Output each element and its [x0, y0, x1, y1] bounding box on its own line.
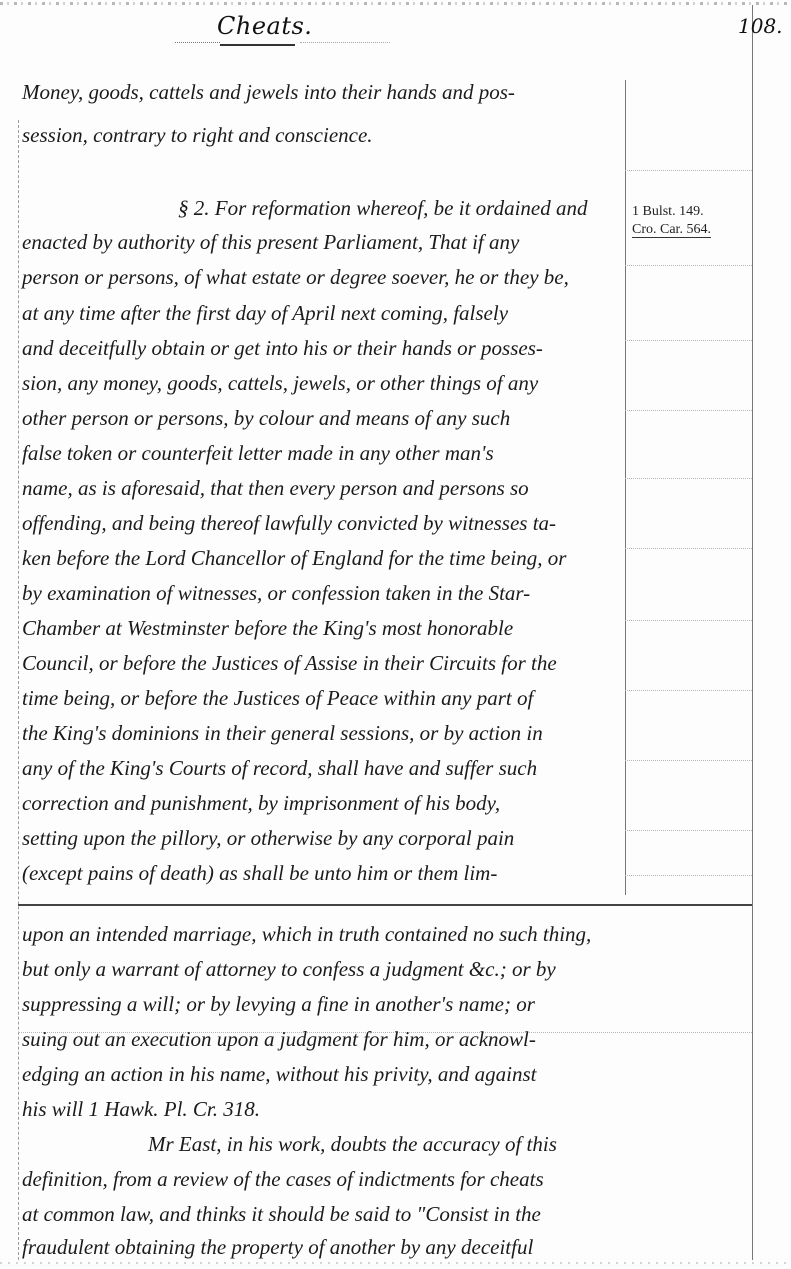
- margin-rule: [625, 760, 752, 761]
- margin-citation: Cro. Car. 564.: [632, 222, 711, 238]
- text-line: his will 1 Hawk. Pl. Cr. 318.: [22, 1097, 260, 1121]
- text-line: by examination of witnesses, or confessi…: [22, 581, 530, 605]
- margin-rule: [625, 340, 752, 341]
- header-rule: [300, 42, 390, 43]
- text-line: ken before the Lord Chancellor of Englan…: [22, 546, 566, 570]
- text-line: definition, from a review of the cases o…: [22, 1167, 544, 1191]
- page-number: 108.: [738, 14, 783, 38]
- section-divider: [18, 904, 752, 906]
- margin-citation: 1 Bulst. 149.: [632, 204, 704, 220]
- margin-rule: [625, 410, 752, 411]
- margin-rule: [625, 875, 752, 876]
- left-margin-rule: [18, 120, 19, 1260]
- manuscript-page: Cheats. 108. Money, goods, cattels and j…: [0, 0, 791, 1269]
- text-line: suing out an execution upon a judgment f…: [22, 1027, 536, 1051]
- text-line: correction and punishment, by imprisonme…: [22, 791, 500, 815]
- text-line: any of the King's Courts of record, shal…: [22, 756, 537, 780]
- margin-rule: [625, 548, 752, 549]
- text-line: the King's dominions in their general se…: [22, 721, 543, 745]
- text-line: false token or counterfeit letter made i…: [22, 441, 494, 465]
- text-line: other person or persons, by colour and m…: [22, 406, 510, 430]
- text-line: time being, or before the Justices of Pe…: [22, 686, 533, 710]
- text-line: at common law, and thinks it should be s…: [22, 1202, 541, 1226]
- margin-rule: [625, 830, 752, 831]
- right-edge-rule: [752, 5, 753, 1260]
- text-line: Chamber at Westminster before the King's…: [22, 616, 513, 640]
- text-line: (except pains of death) as shall be unto…: [22, 861, 497, 885]
- text-line: at any time after the first day of April…: [22, 301, 508, 325]
- margin-rule: [625, 620, 752, 621]
- header-rule: [175, 42, 220, 43]
- scan-edge-bottom: [0, 1262, 791, 1264]
- text-line: person or persons, of what estate or deg…: [22, 265, 569, 289]
- page-title: Cheats.: [217, 12, 312, 40]
- text-line: edging an action in his name, without hi…: [22, 1062, 537, 1086]
- margin-citation-text: Cro. Car. 564.: [632, 222, 711, 238]
- text-line: sion, any money, goods, cattels, jewels,…: [22, 371, 538, 395]
- section-heading-line: § 2. For reformation whereof, be it orda…: [178, 196, 587, 220]
- text-line: enacted by authority of this present Par…: [22, 230, 519, 254]
- text-line: setting upon the pillory, or otherwise b…: [22, 826, 514, 850]
- text-line: but only a warrant of attorney to confes…: [22, 957, 556, 981]
- text-line: upon an intended marriage, which in trut…: [22, 922, 591, 946]
- margin-column-rule: [625, 80, 626, 895]
- paragraph-start-line: Mr East, in his work, doubts the accurac…: [148, 1132, 557, 1156]
- text-line: offending, and being thereof lawfully co…: [22, 511, 556, 535]
- text-line: Council, or before the Justices of Assis…: [22, 651, 557, 675]
- text-line: Money, goods, cattels and jewels into th…: [22, 80, 515, 104]
- text-line: suppressing a will; or by levying a fine…: [22, 992, 535, 1016]
- margin-rule: [625, 170, 752, 171]
- text-line: name, as is aforesaid, that then every p…: [22, 476, 529, 500]
- text-line: fraudulent obtaining the property of ano…: [22, 1235, 533, 1259]
- text-line: and deceitfully obtain or get into his o…: [22, 336, 543, 360]
- margin-rule: [625, 690, 752, 691]
- title-underline: [220, 44, 295, 46]
- margin-rule: [625, 265, 752, 266]
- scan-edge-top: [0, 2, 791, 5]
- margin-rule: [625, 478, 752, 479]
- text-line: session, contrary to right and conscienc…: [22, 123, 373, 147]
